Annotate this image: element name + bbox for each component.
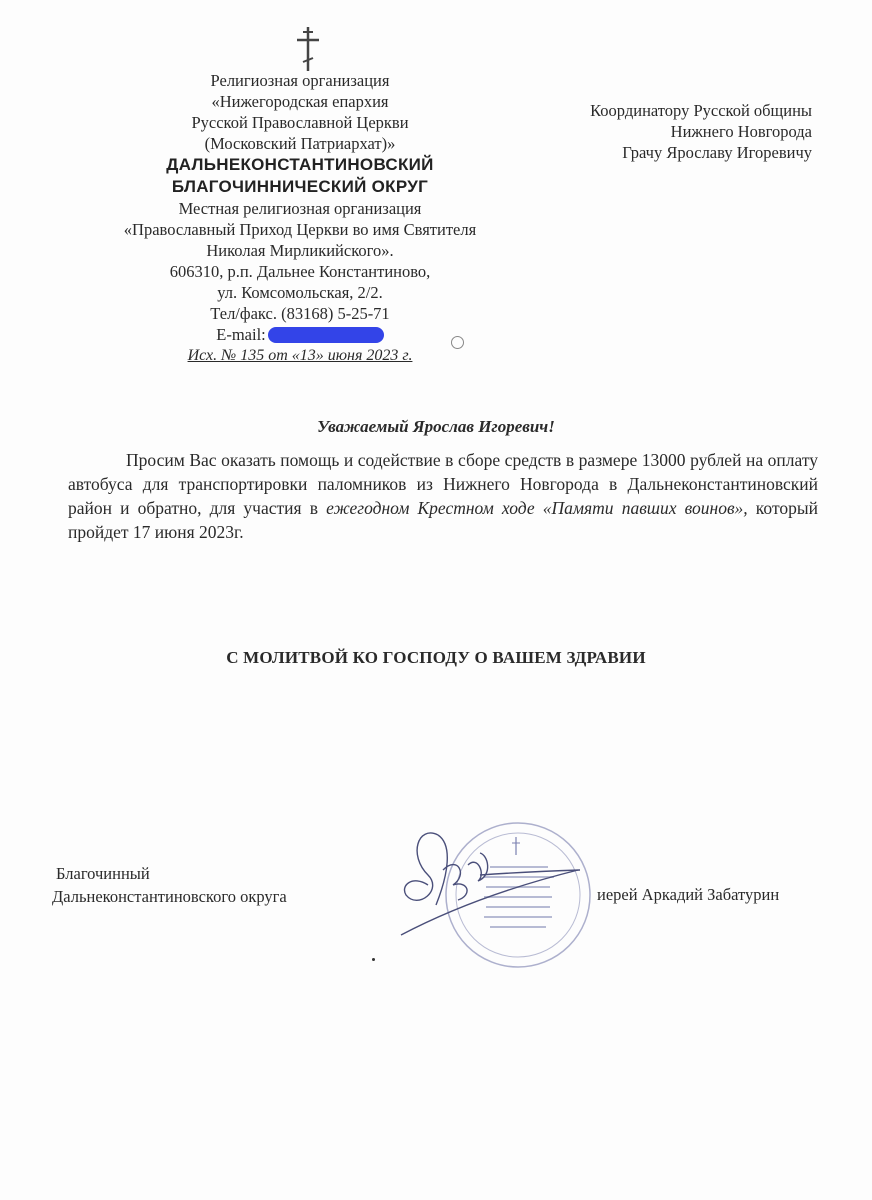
address-line: 606310, р.п. Дальнее Константиново, (100, 261, 500, 282)
letterhead-line: «Нижегородская епархия (100, 91, 500, 112)
email-row: E-mail: (100, 324, 500, 345)
letterhead-line: Религиозная организация (100, 70, 500, 91)
outgoing-reference: Исх. № 135 от «13» июня 2023 г. (100, 345, 500, 366)
body-text-italic: ежегодном Крестном ходе «Памяти павших в… (326, 498, 748, 518)
circle-mark-icon (451, 336, 464, 349)
orthodox-cross-icon (293, 26, 323, 72)
addressee-block: Координатору Русской общины Нижнего Новг… (560, 100, 812, 163)
letterhead: Религиозная организация «Нижегородская е… (100, 70, 500, 366)
district-name-line: ДАЛЬНЕКОНСТАНТИНОВСКИЙ (100, 154, 500, 176)
addressee-line: Грачу Ярославу Игоревичу (560, 142, 812, 163)
closing-line: С МОЛИТВОЙ КО ГОСПОДУ О ВАШЕМ ЗДРАВИИ (0, 648, 872, 668)
addressee-line: Координатору Русской общины (560, 100, 812, 121)
signatory-title-line: Дальнеконстантиновского округа (52, 885, 287, 908)
org-line: Местная религиозная организация (100, 198, 500, 219)
salutation: Уважаемый Ярослав Игоревич! (0, 417, 872, 437)
handwritten-signature-icon (401, 833, 580, 935)
speck-mark (372, 958, 375, 961)
address-line: ул. Комсомольская, 2/2. (100, 282, 500, 303)
email-label: E-mail: (216, 324, 265, 345)
signatory-title-line: Благочинный (52, 862, 287, 885)
letter-body: Просим Вас оказать помощь и содействие в… (68, 448, 818, 544)
phone-line: Тел/факс. (83168) 5-25-71 (100, 303, 500, 324)
letterhead-line: (Московский Патриархат)» (100, 133, 500, 154)
addressee-line: Нижнего Новгорода (560, 121, 812, 142)
signatory-name: иерей Аркадий Забатурин (597, 885, 779, 905)
signatory-title: Благочинный Дальнеконстантиновского окру… (52, 862, 287, 908)
district-name-line: БЛАГОЧИННИЧЕСКИЙ ОКРУГ (100, 176, 500, 198)
letterhead-line: Русской Православной Церкви (100, 112, 500, 133)
org-line: «Православный Приход Церкви во имя Святи… (100, 219, 500, 240)
round-seal-stamp-icon (398, 815, 598, 975)
org-line: Николая Мирликийского». (100, 240, 500, 261)
redacted-email (268, 327, 384, 343)
